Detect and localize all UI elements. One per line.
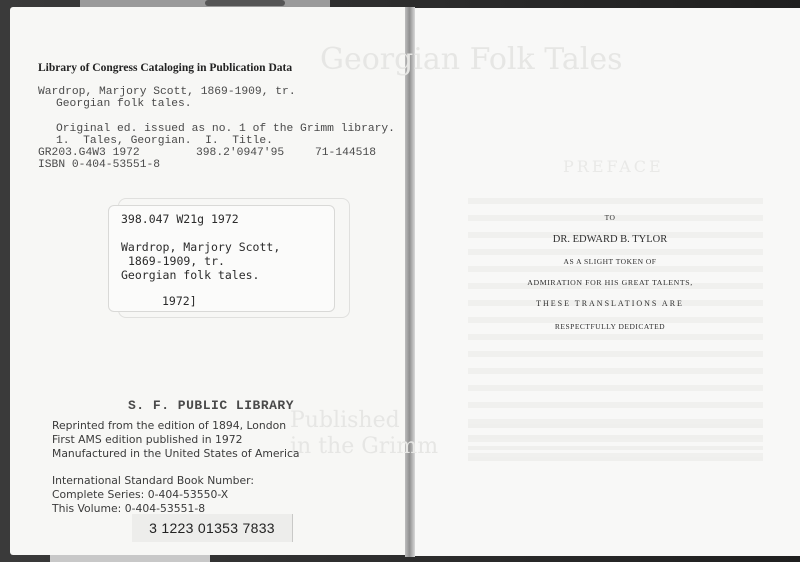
cip-call-number: GR203.G4W3 1972: [38, 147, 140, 159]
barcode-number-label: 3 1223 01353 7833: [132, 514, 293, 542]
imprint-line: First AMS edition published in 1972: [52, 433, 242, 447]
label-author-line2: 1869-1909, tr.: [128, 254, 225, 268]
cip-dewey: 398.2'0947'95: [196, 147, 284, 159]
cip-lccn: 71-144518: [315, 147, 376, 159]
bleed-through-footnote: [468, 420, 763, 468]
cip-subjects: 1. Tales, Georgian. I. Title.: [56, 135, 273, 147]
imprint-line: Manufactured in the United States of Ame…: [52, 447, 300, 461]
isbn-heading: International Standard Book Number:: [52, 474, 254, 488]
label-author-line1: Wardrop, Marjory Scott,: [121, 240, 280, 254]
label-call-number: 398.047 W21g 1972: [121, 212, 239, 226]
dedication-line: ADMIRATION FOR HIS GREAT TALENTS,: [430, 278, 790, 287]
dedication-line: RESPECTFULLY DEDICATED: [430, 322, 790, 331]
cip-heading: Library of Congress Cataloging in Public…: [38, 62, 292, 74]
cip-title: Georgian folk tales.: [56, 98, 192, 110]
dedication-name: DR. EDWARD B. TYLOR: [430, 234, 790, 245]
cip-isbn: ISBN 0-404-53551-8: [38, 159, 160, 171]
dedication-line: THESE TRANSLATIONS ARE: [430, 299, 790, 308]
label-title: Georgian folk tales.: [121, 268, 259, 282]
cip-author: Wardrop, Marjory Scott, 1869-1909, tr.: [38, 86, 296, 98]
cip-note: Original ed. issued as no. 1 of the Grim…: [56, 123, 395, 135]
library-stamp: S. F. PUBLIC LIBRARY: [128, 398, 294, 413]
dedication-line: AS A SLIGHT TOKEN OF: [430, 257, 790, 266]
clip: [205, 0, 285, 6]
book-gutter: [405, 7, 415, 557]
label-year: 1972]: [162, 294, 197, 308]
dedication-to: TO: [430, 213, 790, 222]
imprint-line: Reprinted from the edition of 1894, Lond…: [52, 419, 286, 433]
isbn-complete-series: Complete Series: 0-404-53550-X: [52, 488, 228, 502]
